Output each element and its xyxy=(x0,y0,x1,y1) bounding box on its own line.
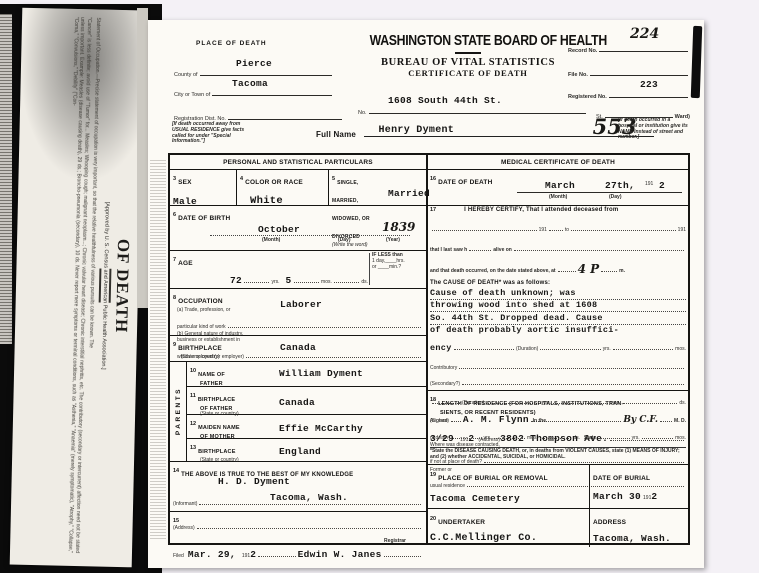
place-of-burial-cell: 19PLACE OF BURIAL OR REMOVAL Tacoma Ceme… xyxy=(427,465,589,509)
registration-district-field: Registration Dist. No. xyxy=(174,106,344,122)
date-of-burial-label: DATE OF BURIAL xyxy=(593,475,650,482)
left-page-edge xyxy=(0,14,12,344)
occupation-value: Laborer xyxy=(280,299,322,310)
dod-month-cap: (Month) xyxy=(549,195,567,201)
mother-birthplace-cell: 13BIRTHPLACE (State or country) England xyxy=(187,439,426,462)
instruction-strip-content: OF DEATH [Approved by U. S. Census and A… xyxy=(10,8,140,563)
duration-cap-1: (Duration) xyxy=(516,347,538,353)
full-name-value: Henry Dyment xyxy=(378,125,454,136)
board-title-block: WASHINGTON STATE BOARD OF HEALTH BUREAU … xyxy=(348,32,588,78)
dob-line xyxy=(210,235,410,236)
certify-dots-3 xyxy=(571,217,676,231)
burial-block: 19PLACE OF BURIAL OR REMOVAL Tacoma Ceme… xyxy=(427,465,689,547)
dod-num: 16 xyxy=(430,176,436,182)
race-label: COLOR OR RACE xyxy=(245,179,303,186)
residence-label2: SIENTS, OR RECENT RESIDENTS) xyxy=(440,410,686,416)
city-field: City or Town of Tacoma xyxy=(174,82,334,98)
personal-section-band: PERSONAL AND STATISTICAL PARTICULARS xyxy=(170,155,426,170)
date-of-death-cell: 16DATE OF DEATH March 27th, 191 2 (Month… xyxy=(427,170,689,206)
registration-district-line xyxy=(228,106,342,120)
registrar-cap: Registrar xyxy=(384,539,406,545)
file-no-line xyxy=(590,62,688,76)
cause-yrs-1: yrs. xyxy=(603,347,611,353)
res-dots-1 xyxy=(450,425,481,439)
certify-cell: 17 I HEREBY CERTIFY, That I attended dec… xyxy=(427,206,689,391)
registered-no-label: Registered No. xyxy=(568,94,607,100)
age-less-3: or ____min.? xyxy=(372,265,424,271)
cause-mos-1: mos. xyxy=(675,347,686,353)
res-yrs-2: yrs. xyxy=(632,436,640,442)
mother-name-cell: 12MAIDEN NAME OF MOTHER Effie McCarthy xyxy=(187,415,426,439)
county-label: County of xyxy=(174,72,198,78)
cause-line-2: throwing wood into shed at 1608 xyxy=(430,300,686,312)
birthplace-label: BIRTHPLACE xyxy=(178,345,222,352)
parents-block: PARENTS 10NAME OF FATHER William Dyment … xyxy=(170,362,426,462)
undertaker-label: UNDERTAKER xyxy=(438,519,485,526)
undertaker-address-label: ADDRESS xyxy=(593,519,626,526)
mother-birthplace-value: England xyxy=(279,446,321,457)
cause-dots-3 xyxy=(613,336,673,350)
certify-line3b: alive on xyxy=(493,248,512,254)
certify-to: to xyxy=(565,228,569,234)
mother-name-label: MAIDEN NAME xyxy=(198,425,240,431)
filed-date: Mar. 29, xyxy=(188,549,236,560)
informant-name: H. D. Dyment xyxy=(218,476,290,487)
dod-label: DATE OF DEATH xyxy=(438,179,492,186)
residence-label1: LENGTH OF RESIDENCE (FOR HOSPITALS, INST… xyxy=(438,401,623,407)
medical-section-band: MEDICAL CERTIFICATE OF DEATH xyxy=(427,155,689,170)
death-certificate: PLACE OF DEATH County of Pierce City or … xyxy=(148,20,704,568)
father-name-cell: 10NAME OF FATHER William Dyment xyxy=(187,362,426,387)
father-name-label: NAME OF xyxy=(198,372,225,378)
certificate-title: CERTIFICATE OF DEATH xyxy=(348,68,588,78)
medical-section-title: MEDICAL CERTIFICATE OF DEATH xyxy=(501,159,615,166)
birthplace-sub: (State or country) xyxy=(181,355,423,361)
city-label: City or Town of xyxy=(174,92,210,98)
age-cell: 7AGE 72 yrs. 5 mos. ds. IF LESS than 1 d… xyxy=(170,251,426,289)
record-no-field: Record No. 224 xyxy=(568,38,690,54)
secondary-dots xyxy=(462,371,684,385)
undertaker-address-cell: ADDRESS Tacoma, Wash. xyxy=(590,509,689,547)
dod-year-digit: 2 xyxy=(659,180,665,191)
dob-num: 6 xyxy=(173,212,176,218)
age-less-box: IF LESS than 1 day,____hrs. or ____min.? xyxy=(369,253,424,285)
cause-line-3: So. 44th St. Dropped dead. Cause xyxy=(430,313,686,325)
registrar-name: Edwin W. Janes xyxy=(298,549,382,560)
birthplace-value: Canada xyxy=(280,342,316,353)
sex-label: SEX xyxy=(178,179,192,186)
cause-line-5: ency xyxy=(430,343,452,353)
registered-no-value: 223 xyxy=(640,79,658,90)
certify-line4a: and that death occurred, on the date sta… xyxy=(430,269,556,275)
stub-microtext xyxy=(150,160,166,540)
gutter-page-edge: REVISED STANDARD CERTIFICATE xyxy=(137,8,148,308)
board-title: WASHINGTON STATE BOARD OF HEALTH xyxy=(370,32,567,49)
father-birthplace-num: 11 xyxy=(190,393,196,399)
cause-dots-2 xyxy=(540,336,600,350)
certify-dots-2 xyxy=(549,217,563,231)
county-field: County of Pierce xyxy=(174,62,334,78)
res-dots-2 xyxy=(494,425,525,439)
dod-day-cap: (Day) xyxy=(609,195,622,201)
sex-cell: 3SEX Male xyxy=(170,170,236,206)
res-dots-6 xyxy=(484,449,684,463)
certify-y1: 191 xyxy=(539,228,547,234)
age-yrs-cap: yrs. xyxy=(271,280,279,286)
certify-dots-5 xyxy=(514,238,684,252)
age-mos-cap: mos. xyxy=(321,280,332,286)
age-dots-1 xyxy=(244,269,269,283)
marital-value: Married xyxy=(388,188,430,199)
personal-section-title: PERSONAL AND STATISTICAL PARTICULARS xyxy=(223,159,373,166)
occupation-cell: 8OCCUPATION (a) Trade, profession, or pa… xyxy=(170,289,426,336)
filed-label: Filed xyxy=(173,554,184,560)
street-field: No. 1608 South 44th St. xyxy=(358,100,588,116)
certify-line4b: m. xyxy=(619,269,625,275)
res-dots-3 xyxy=(540,425,571,439)
father-birthplace-label: BIRTHPLACE xyxy=(198,397,235,403)
certify-y2: 191 xyxy=(678,228,686,234)
residence-num: 18 xyxy=(430,397,436,403)
father-birthplace-value: Canada xyxy=(279,397,315,408)
informant-cell: 14THE ABOVE IS TRUE TO THE BEST OF MY KN… xyxy=(170,462,426,512)
certify-line1: I HEREBY CERTIFY, That I attended deceas… xyxy=(464,207,618,213)
city-value: Tacoma xyxy=(232,78,268,89)
undertaker-cell: 20UNDERTAKER C.C.Mellinger Co. xyxy=(427,509,589,547)
age-ds-cap: ds. xyxy=(361,280,368,286)
title-rule xyxy=(455,52,481,54)
father-birthplace-cell: 11BIRTHPLACE OF FATHER (State or country… xyxy=(187,387,426,415)
file-no-label: File No. xyxy=(568,72,588,78)
street-value: 1608 South 44th St. xyxy=(388,95,502,106)
dob-month-value: October xyxy=(258,224,300,235)
dob-day-cap: (Day) xyxy=(338,238,351,244)
dod-month: March xyxy=(545,180,575,191)
age-num: 7 xyxy=(173,257,176,263)
contrib-dots xyxy=(459,355,684,369)
mother-birthplace-label: BIRTHPLACE xyxy=(198,449,235,455)
certify-hour: 4 P xyxy=(578,262,600,276)
filed-pre-year: 191 xyxy=(242,554,250,560)
father-name-num: 10 xyxy=(190,368,196,374)
marital-num: 5 xyxy=(332,176,335,182)
dob-month-cap: (Month) xyxy=(262,238,280,244)
father-name-value: William Dyment xyxy=(279,368,363,379)
burial-year-digit: 2 xyxy=(651,491,657,502)
race-cell: 4COLOR OR RACE White xyxy=(236,170,328,206)
certify-line3a: that I last saw h xyxy=(430,248,467,254)
burial-pre-year: 191 xyxy=(643,496,651,502)
cause-line-4: of death probably aortic insuffici- xyxy=(430,325,686,336)
birthplace-num: 9 xyxy=(173,342,176,348)
dod-pre-year: 191 xyxy=(645,182,653,188)
record-no-value: 224 xyxy=(630,26,659,42)
county-value: Pierce xyxy=(236,58,272,69)
undertaker-num: 20 xyxy=(430,516,436,522)
full-name-line: Henry Dyment 553 xyxy=(364,136,654,137)
certify-dots-7 xyxy=(601,258,617,272)
city-line xyxy=(212,82,332,96)
parents-label: PARENTS xyxy=(175,387,182,435)
mother-name-value: Effie McCarthy xyxy=(279,423,363,434)
residence-note: [If death occurred away from USUAL RESID… xyxy=(172,122,252,145)
parents-strip: PARENTS xyxy=(170,362,187,461)
filed-dots-2 xyxy=(384,543,421,557)
contributory-cap: Contributory xyxy=(430,366,457,372)
dod-day: 27th, xyxy=(605,180,635,191)
informant-address: Tacoma, Wash. xyxy=(270,492,348,503)
birthplace-cell: 9BIRTHPLACE (State or country) Canada xyxy=(170,336,426,362)
secondary-cap: (Secondary?) xyxy=(430,382,460,388)
occupation-label: OCCUPATION xyxy=(178,298,223,305)
informant-cap: (Informant) xyxy=(173,502,197,508)
marital-cell: 5SINGLE, MARRIED, WIDOWED, OR DIVORCED (… xyxy=(328,170,426,206)
form-table: PERSONAL AND STATISTICAL PARTICULARS MED… xyxy=(168,153,690,545)
sex-num: 3 xyxy=(173,176,176,182)
certify-num: 17 xyxy=(430,207,436,213)
filed-dots xyxy=(258,543,295,557)
res-mos-1: mos. xyxy=(527,436,538,442)
res-dots-4 xyxy=(598,425,629,439)
burial-label: PLACE OF BURIAL OR REMOVAL xyxy=(438,475,548,482)
age-dots-3 xyxy=(334,269,359,283)
burial-value: Tacoma Cemetery xyxy=(430,493,586,504)
residence-ofdeath: of death xyxy=(430,436,448,442)
age-label: AGE xyxy=(178,260,193,267)
residence-cell: 18LENGTH OF RESIDENCE (FOR HOSPITALS, IN… xyxy=(427,391,689,465)
date-of-burial-value: March 30 xyxy=(593,491,641,502)
full-name-label: Full Name xyxy=(316,130,356,139)
burial-num: 19 xyxy=(430,472,436,478)
dob-label: DATE OF BIRTH xyxy=(178,215,230,222)
filed-cell: 15 Filed Mar. 29, 191 2 Edwin W. Janes R… xyxy=(170,512,426,547)
undertaker-address-value: Tacoma, Wash. xyxy=(593,533,686,544)
certify-dots-1 xyxy=(432,217,537,231)
age-months-value: 5 xyxy=(286,275,292,286)
res-ds-1: ds. xyxy=(573,436,580,442)
bureau-title: BUREAU OF VITAL STATISTICS xyxy=(348,57,588,68)
registered-no-field: Registered No. 223 xyxy=(568,84,690,100)
file-no-field: File No. xyxy=(568,62,690,78)
res-state: State xyxy=(584,436,596,442)
occupation-num: 8 xyxy=(173,295,176,301)
mother-name-num: 12 xyxy=(190,421,196,427)
occupation-dots-a xyxy=(228,314,421,328)
dob-cell: 6DATE OF BIRTH October 1839 (Month) (Day… xyxy=(170,206,426,251)
race-num: 4 xyxy=(240,176,243,182)
mother-birthplace-num: 13 xyxy=(190,445,196,451)
undertaker-value: C.C.Mellinger Co. xyxy=(430,533,586,544)
place-of-death-label: PLACE OF DEATH xyxy=(196,40,267,47)
street-no-label: No. xyxy=(358,110,367,116)
cause-head: The CAUSE OF DEATH* was as follows: xyxy=(430,280,686,286)
res-mos-2: mos. xyxy=(675,436,686,442)
certify-dots-6 xyxy=(558,258,576,272)
certify-dots-4 xyxy=(469,238,491,252)
age-years-value: 72 xyxy=(230,275,242,286)
filed-year-digit: 2 xyxy=(250,549,256,560)
record-no-label: Record No. xyxy=(568,48,597,54)
cause-dots-1 xyxy=(454,336,514,350)
res-dots-5 xyxy=(642,425,673,439)
date-of-burial-cell: DATE OF BURIAL March 30 191 2 xyxy=(590,465,689,509)
filed-num: 15 xyxy=(173,518,179,524)
informant-num: 14 xyxy=(173,468,179,474)
res-yrs-1: yrs. xyxy=(484,436,492,442)
instruction-strip: OF DEATH [Approved by U. S. Census and A… xyxy=(10,8,145,568)
dob-year-value: 1839 xyxy=(382,220,415,234)
cause-line-1: Cause of death unknown; was xyxy=(430,288,686,300)
dod-line xyxy=(517,192,682,193)
occupation-line-a2: particular kind of work xyxy=(177,325,226,331)
age-dots-2 xyxy=(294,269,319,283)
dob-year-cap: (Year) xyxy=(386,238,400,244)
hospital-note: [If death occurred in a hospital or inst… xyxy=(618,118,688,141)
